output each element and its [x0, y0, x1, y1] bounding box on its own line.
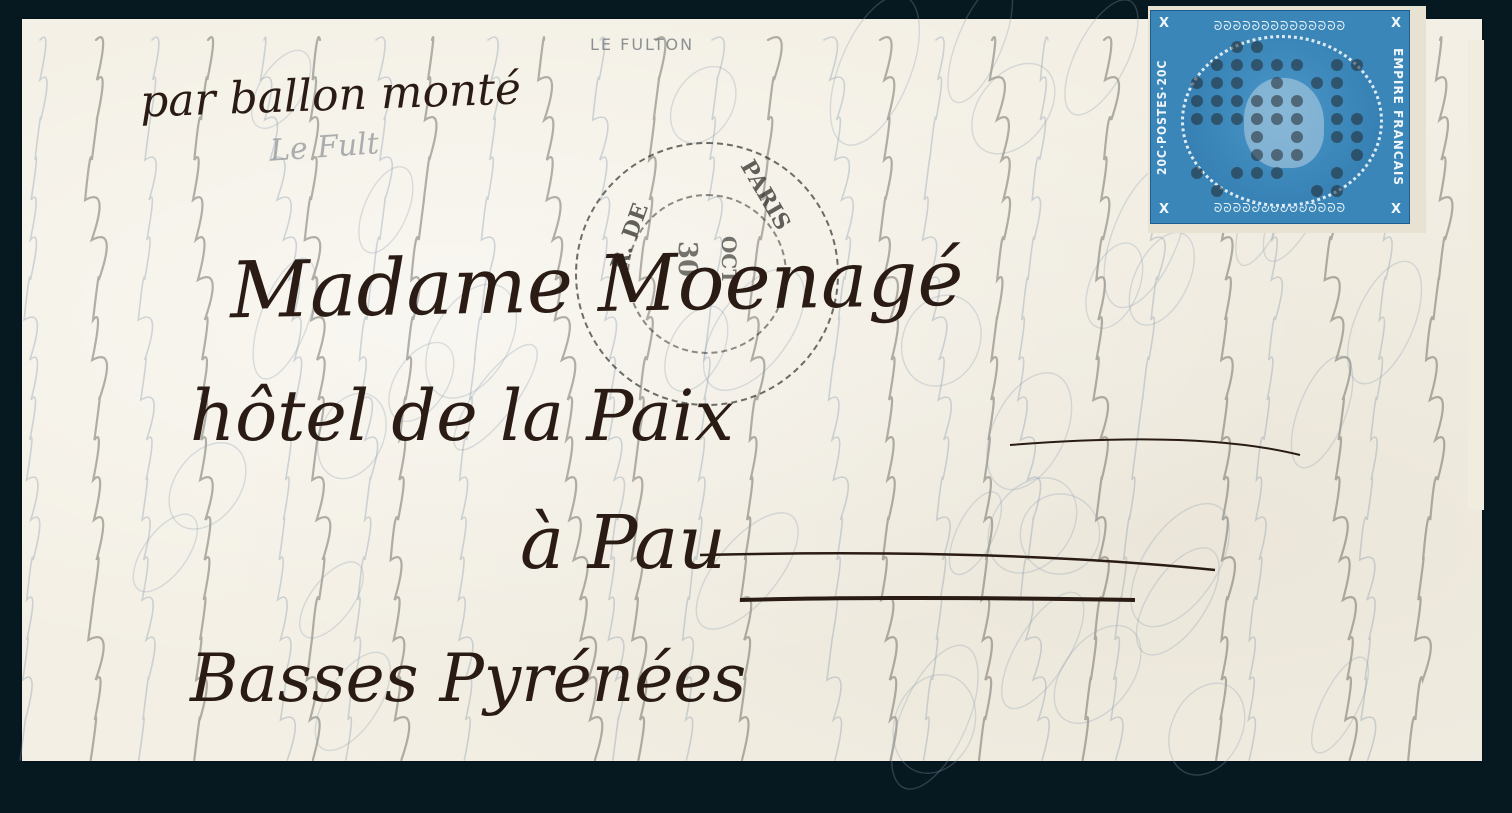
address-underlines: [0, 0, 1512, 813]
